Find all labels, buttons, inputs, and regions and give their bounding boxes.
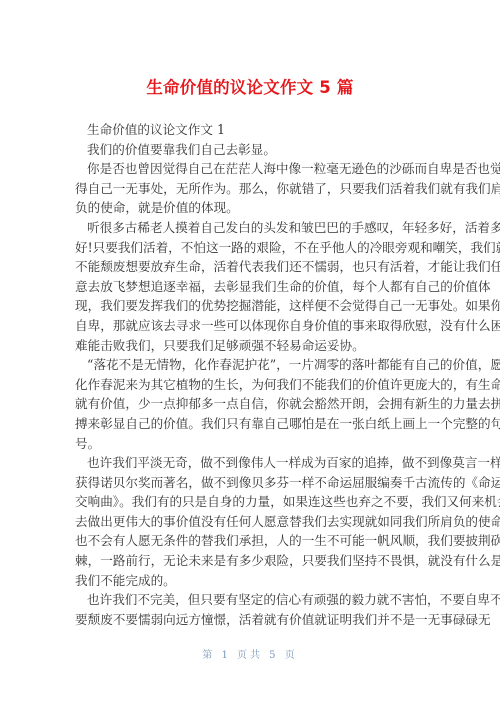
paragraph-line: 负的使命，就是价值的体现。	[75, 198, 425, 218]
paragraph-line: 获得诺贝尔奖而著名，做不到像贝多芬一样不命运屈服编奏千古流传的《命运	[75, 473, 425, 493]
paragraph-line: 我们不能完成的。	[75, 571, 425, 591]
paragraph-line: 搏来彰显自己的价值。我们只有靠自己哪怕是在一张白纸上画上一个完整的句	[75, 414, 425, 434]
paragraph-line: 得自己一无事处，无所作为。那么，你就错了，只要我们活着我们就有我们肩	[75, 179, 425, 199]
paragraph-line: 听很多古稀老人摸着自己发白的头发和皱巴巴的手感叹，年轻多好，活着多	[75, 218, 425, 238]
paragraph-line: 去做出更伟大的事价值没有任何人愿意替我们去实现就如同我们所肩负的使命	[75, 512, 425, 532]
document-body: 生命价值的议论文作文 1 我们的价值要靠我们自己去彰显。你是否也曾因觉得自己在茫…	[75, 120, 425, 629]
paragraph-line: 现，我们要发挥我们的优势挖掘潜能，这样便不会觉得自己一无事处。如果你	[75, 296, 425, 316]
paragraph-line: 也许我们平淡无奇，做不到像伟人一样成为百家的追捧，做不到像莫言一样	[75, 453, 425, 473]
paragraph-line: 就有价值，少一点抑郁多一点自信，你就会豁然开朗，会拥有新生的力量去拼	[75, 394, 425, 414]
paragraph-line: 号。	[75, 434, 425, 454]
paragraph-line: 不能颓废想要放弃生命，活着代表我们还不懦弱，也只有活着，才能让我们任	[75, 257, 425, 277]
paragraph-line: 交响曲》。我们有的只是自身的力量，如果连这些也弃之不要，我们又何来机会	[75, 492, 425, 512]
paragraph-line: 要颓废不要懦弱向远方憧憬，活着就有价值就证明我们并不是一无事碌碌无	[75, 610, 425, 630]
paragraph-line: 好!只要我们活着，不怕这一路的艰险，不在乎他人的冷眼旁观和嘲笑，我们就	[75, 238, 425, 258]
paragraph-line: 意去放飞梦想追逐幸福，去彰显我们生命的价值，每个人都有自己的价值体	[75, 277, 425, 297]
paragraph-line: 难能击败我们，只要我们足够顽强不轻易命运妥协。	[75, 336, 425, 356]
document-page: 生命价值的议论文作文 5 篇 生命价值的议论文作文 1 我们的价值要靠我们自己去…	[0, 0, 500, 707]
paragraph-line: 也不会有人愿无条件的替我们承担，人的一生不可能一帆风顺，我们要披荆砍	[75, 531, 425, 551]
paragraph-line: 自卑，那就应该去寻求一些可以体现你自身价值的事来取得欣慰，没有什么困	[75, 316, 425, 336]
section-heading: 生命价值的议论文作文 1	[75, 120, 425, 140]
paragraph-line: 化作春泥来为其它植物的生长，为何我们不能我们的价值许更庞大的，有生命	[75, 375, 425, 395]
paragraph-line: 你是否也曾因觉得自己在茫茫人海中像一粒毫无逊色的沙砾而自卑是否也觉	[75, 159, 425, 179]
document-title: 生命价值的议论文作文 5 篇	[0, 74, 500, 98]
paragraph-line: “落花不是无情物，化作春泥护花”，一片凋零的落叶都能有自己的价值，愿	[75, 355, 425, 375]
paragraph-line: 也许我们不完美，但只要有坚定的信心有顽强的毅力就不害怕，不要自卑不	[75, 590, 425, 610]
paragraph-line: 棘，一路前行，无论未来是有多少艰险，只要我们坚持不畏惧，就没有什么是	[75, 551, 425, 571]
page-footer: 第 1 页共 5 页	[0, 646, 500, 661]
paragraph-line: 我们的价值要靠我们自己去彰显。	[75, 140, 425, 160]
